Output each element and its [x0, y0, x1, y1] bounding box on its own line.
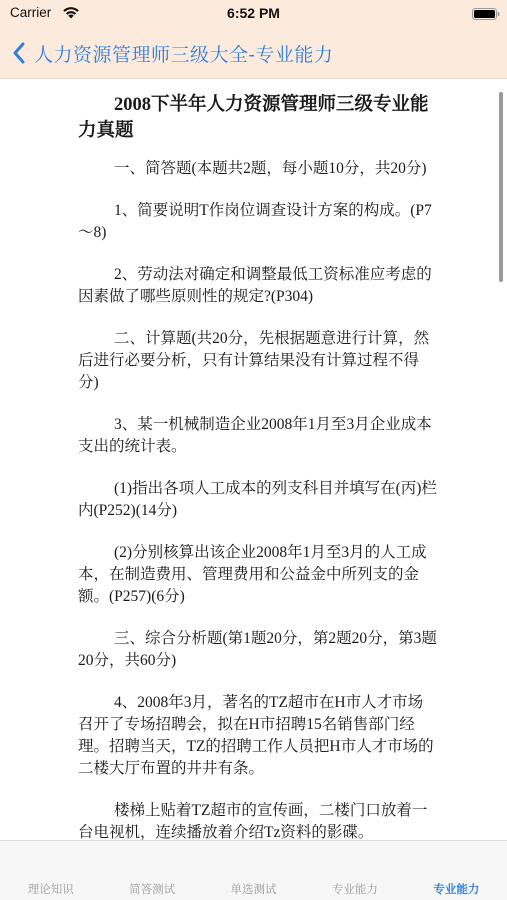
tab-professional-ability[interactable]: 专业能力: [304, 841, 405, 900]
navigation-bar: 人力资源管理师三级大全-专业能力: [0, 30, 507, 78]
tab-single-choice-test[interactable]: 单选测试: [203, 841, 304, 900]
document-title: 2008下半年人力资源管理师三级专业能力真题: [78, 92, 438, 144]
paragraph: 1、简要说明T作岗位调查设计方案的构成。(P7～8): [78, 200, 438, 244]
paragraph: 二、计算题(共20分，先根据题意进行计算，然后进行必要分析，只有计算结果没有计算…: [78, 328, 438, 394]
paragraph: 一、简答题(本题共2题，每小题10分，共20分): [78, 158, 438, 180]
nav-title: 人力资源管理师三级大全-专业能力: [34, 40, 333, 67]
paragraph: 4、2008年3月，著名的TZ超市在H市人才市场召开了专场招聘会，拟在H市招聘1…: [78, 692, 438, 780]
tab-short-answer-test[interactable]: 简答测试: [101, 841, 202, 900]
document-view[interactable]: 2008下半年人力资源管理师三级专业能力真题 一、简答题(本题共2题，每小题10…: [0, 80, 507, 840]
top-area: Carrier 6:52 PM 人力资源管理师三级大全-专业能力: [0, 0, 507, 79]
tab-bar: 理论知识 简答测试 单选测试 专业能力 专业能力: [0, 840, 507, 900]
paragraph: (2)分别核算出该企业2008年1月至3月的人工成本，在制造费用、管理费用和公益…: [78, 542, 438, 608]
back-button[interactable]: 人力资源管理师三级大全-专业能力: [12, 38, 333, 68]
status-bar: Carrier 6:52 PM: [0, 0, 507, 28]
paragraph: 三、综合分析题(第1题20分，第2题20分，第3题20分，共60分): [78, 628, 438, 672]
paragraph: (1)指出各项人工成本的列支科目并填写在(丙)栏内(P252)(14分): [78, 478, 438, 522]
paragraph: 2、劳动法对确定和调整最低工资标准应考虑的因素做了哪些原则性的规定?(P304): [78, 264, 438, 308]
vertical-scrollbar[interactable]: [499, 92, 503, 282]
clock: 6:52 PM: [0, 5, 507, 21]
tab-theory-knowledge[interactable]: 理论知识: [0, 841, 101, 900]
battery-icon: [472, 8, 500, 20]
paragraph: 3、某一机械制造企业2008年1月至3月企业成本支出的统计表。: [78, 414, 438, 458]
paragraph: 楼梯上贴着TZ超市的宣传画，二楼门口放着一台电视机，连续播放着介绍Tz资料的影碟…: [78, 800, 438, 840]
document-body: 2008下半年人力资源管理师三级专业能力真题 一、简答题(本题共2题，每小题10…: [78, 92, 438, 840]
chevron-left-icon: [12, 42, 26, 64]
tab-professional-ability-active[interactable]: 专业能力: [406, 841, 507, 900]
